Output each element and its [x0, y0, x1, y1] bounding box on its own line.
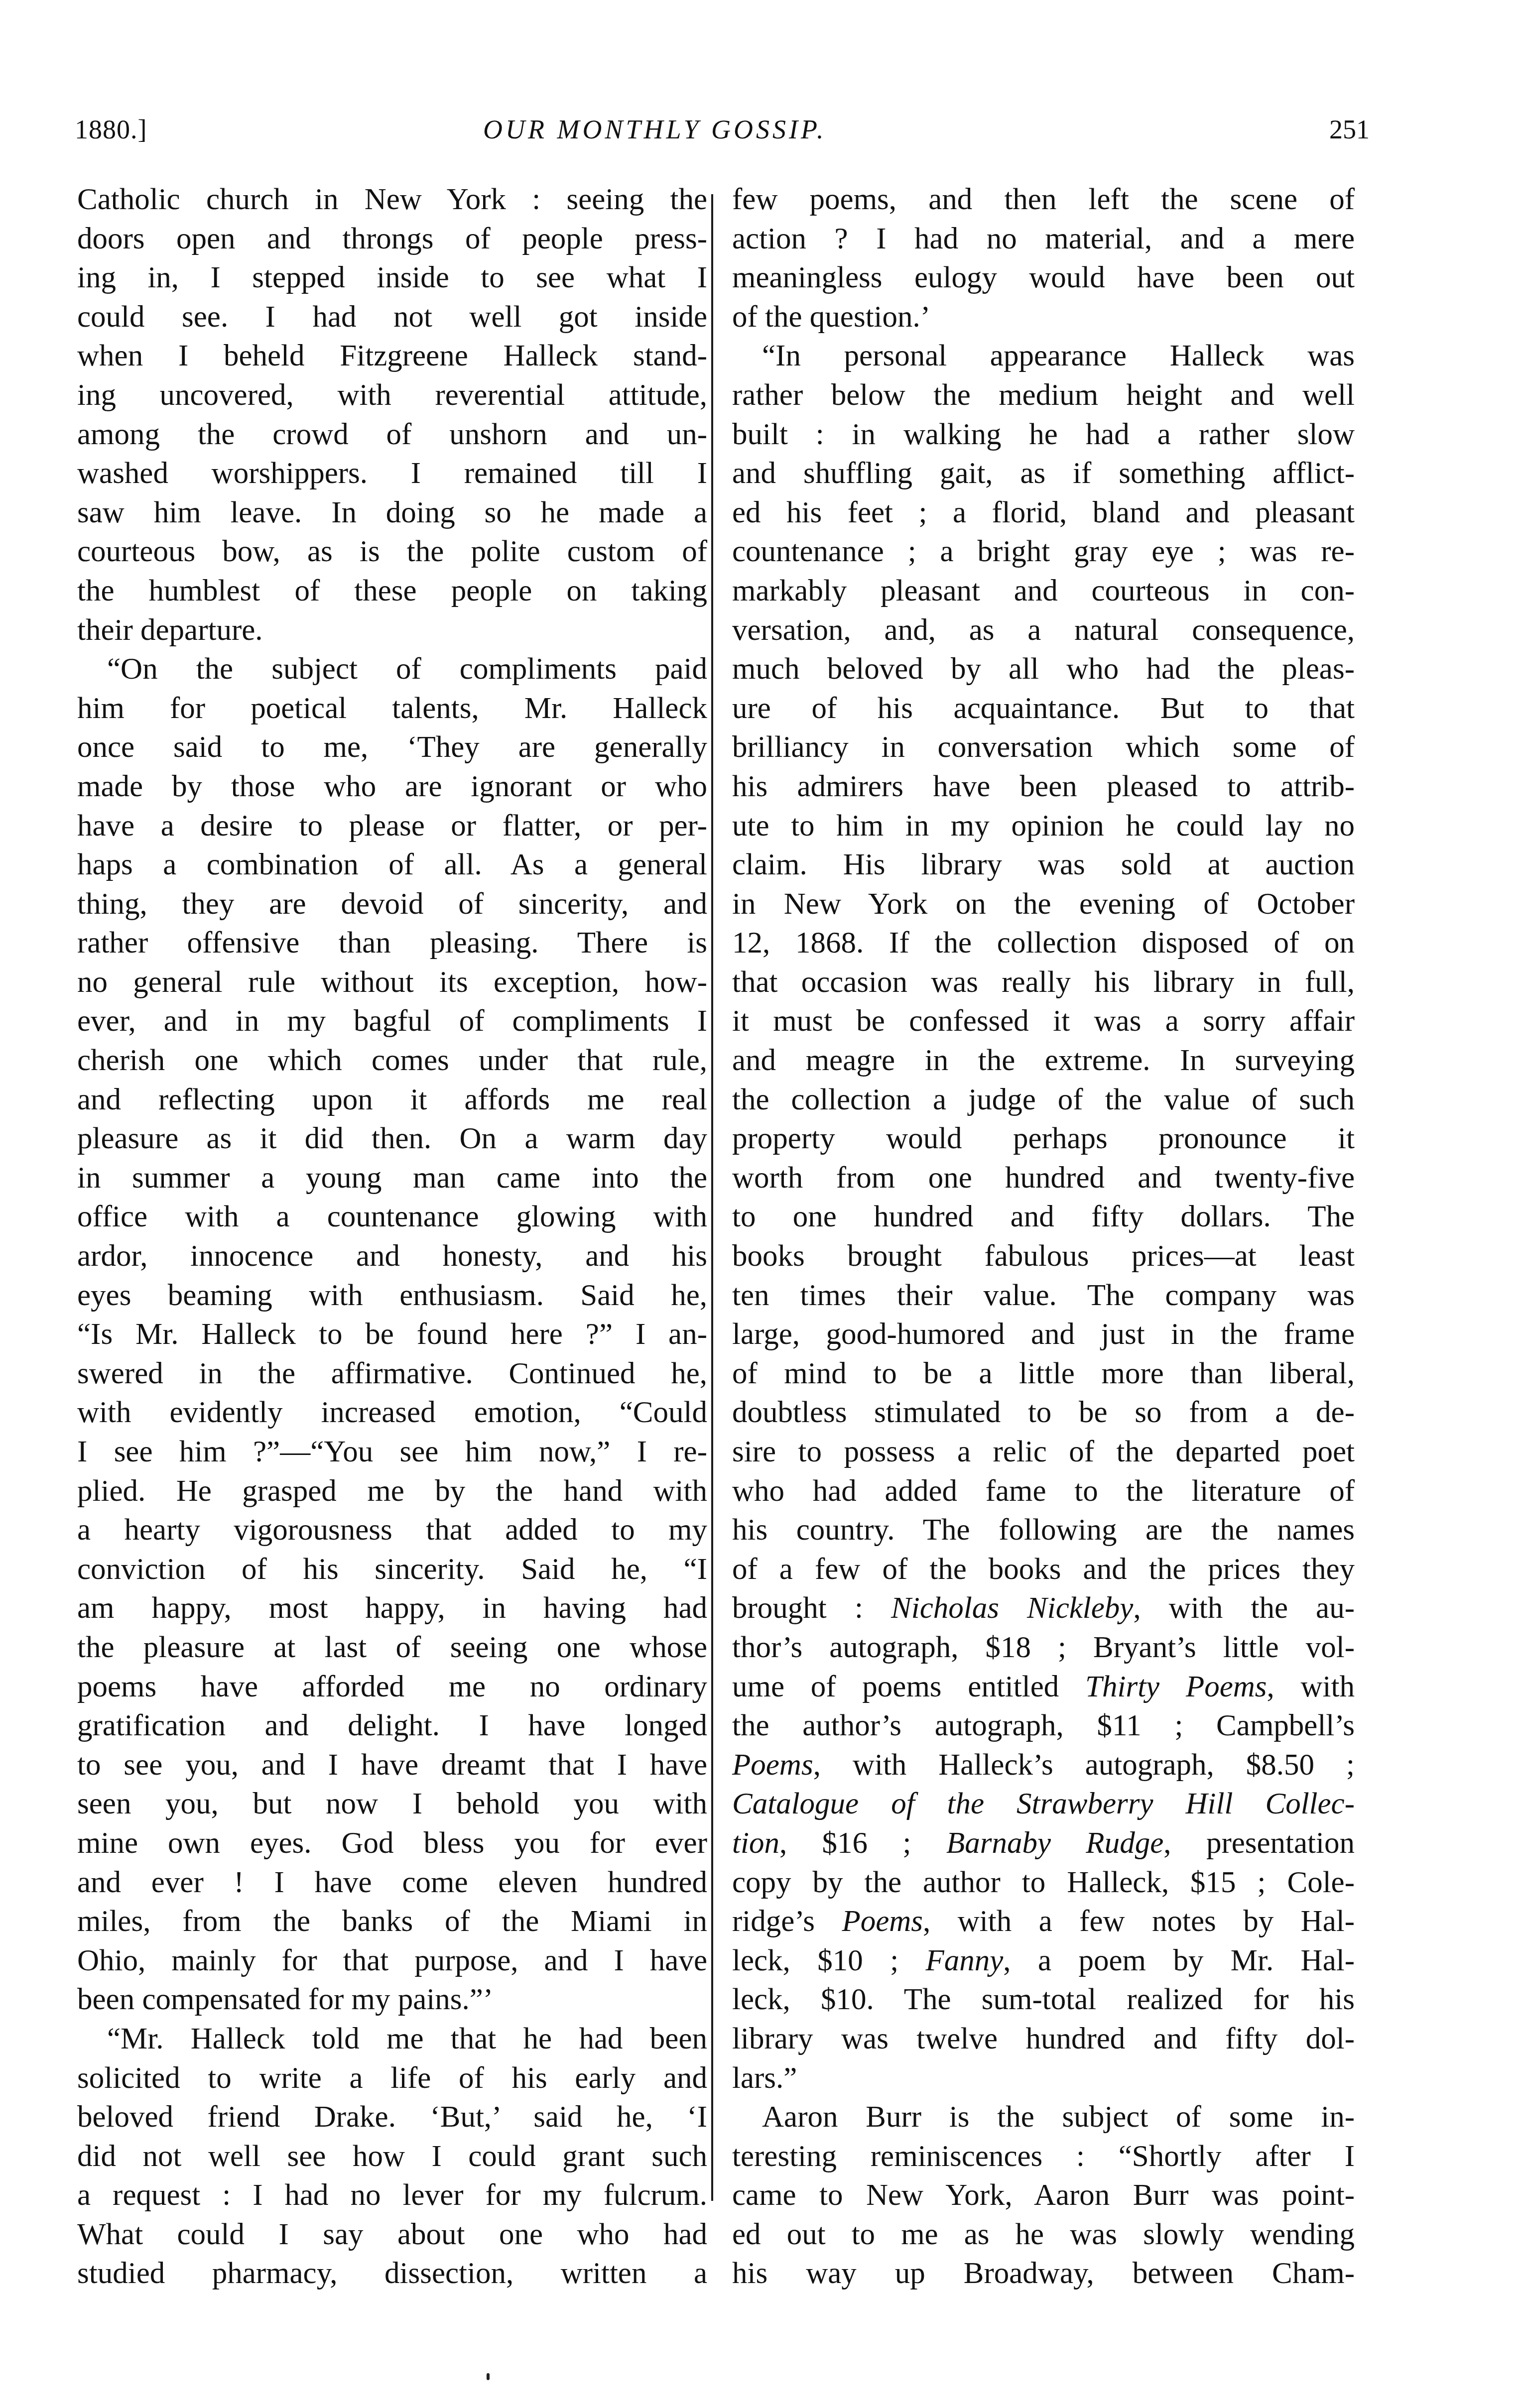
text-line: sire to possess a relic of the departed … [732, 1433, 1355, 1472]
text-line: conviction of his sincerity. Said he, “I [77, 1550, 707, 1589]
running-head: 1880.] OUR MONTHLY GOSSIP. 251 [75, 110, 1370, 149]
text-line: his country. The following are the names [732, 1511, 1355, 1550]
text-segment: the author’s autograph, $11 ; Campbell’s [732, 1709, 1355, 1742]
text-segment: worth from one hundred and twenty-five [732, 1161, 1355, 1195]
text-line: and ever ! I have come eleven hundred [77, 1863, 707, 1903]
text-line: lars.” [732, 2059, 1355, 2098]
text-line: am happy, most happy, in having had [77, 1589, 707, 1628]
text-line: of a few of the books and the prices the… [732, 1550, 1355, 1589]
italic-title: tion [732, 1826, 779, 1860]
text-line: a hearty vigorousness that added to my [77, 1511, 707, 1550]
text-segment: and meagre in the extreme. In surveying [732, 1044, 1355, 1077]
text-line: solicited to write a life of his early a… [77, 2059, 707, 2098]
text-line: books brought fabulous prices—at least [732, 1237, 1355, 1276]
running-head-title: OUR MONTHLY GOSSIP. [483, 110, 827, 149]
text-line: countenance ; a bright gray eye ; was re… [732, 532, 1355, 572]
text-segment: , with the au- [1133, 1591, 1355, 1625]
text-line: ed out to me as he was slowly wending [732, 2215, 1355, 2255]
text-line: it must be confessed it was a sorry affa… [732, 1002, 1355, 1041]
text-line: doors open and throngs of people press- [77, 220, 707, 259]
text-line: eyes beaming with enthusiasm. Said he, [77, 1276, 707, 1316]
text-segment: ute to him in my opinion he could lay no [732, 809, 1355, 843]
text-line: his admirers have been pleased to attrib… [732, 767, 1355, 807]
text-segment: brought : [732, 1591, 891, 1625]
text-segment: meaningless eulogy would have been out [732, 261, 1355, 294]
text-segment: versation, and, as a natural consequence… [732, 613, 1355, 647]
text-line: teresting reminiscences : “Shortly after… [732, 2137, 1355, 2176]
left-column: Catholic church in New York : seeing the… [77, 180, 707, 2293]
text-line: that occasion was really his library in … [732, 963, 1355, 1002]
text-line: claim. His library was sold at auction [732, 845, 1355, 885]
text-line: Catholic church in New York : seeing the [77, 180, 707, 220]
text-line: no general rule without its exception, h… [77, 963, 707, 1002]
text-segment: , $16 ; [779, 1826, 946, 1860]
text-line: meaningless eulogy would have been out [732, 258, 1355, 298]
text-segment: leck, $10 ; [732, 1944, 926, 1977]
text-line: I see him ?”—“You see him now,” I re- [77, 1433, 707, 1472]
text-line: ing in, I stepped inside to see what I [77, 258, 707, 298]
text-line: saw him leave. In doing so he made a [77, 493, 707, 533]
page-number: 251 [1329, 110, 1370, 149]
text-segment: ume of poems entitled [732, 1670, 1085, 1703]
text-segment: and shuffling gait, as if something affl… [732, 457, 1355, 490]
text-segment: came to New York, Aaron Burr was point- [732, 2178, 1355, 2212]
text-line: his way up Broadway, between Cham- [732, 2254, 1355, 2293]
text-segment: markably pleasant and courteous in con- [732, 574, 1355, 607]
print-mark-icon [487, 2373, 490, 2380]
text-line: could see. I had not well got inside [77, 298, 707, 337]
text-segment: thor’s autograph, $18 ; Bryant’s little … [732, 1631, 1355, 1664]
text-line: ridge’s Poems, with a few notes by Hal- [732, 1902, 1355, 1941]
text-segment: countenance ; a bright gray eye ; was re… [732, 535, 1355, 568]
text-line: mine own eyes. God bless you for ever [77, 1824, 707, 1863]
text-segment: 12, 1868. If the collection disposed of … [732, 926, 1355, 960]
text-line: with evidently increased emotion, “Could [77, 1393, 707, 1433]
text-line: studied pharmacy, dissection, written a [77, 2254, 707, 2293]
text-segment: much beloved by all who had the pleas- [732, 652, 1355, 686]
text-segment: claim. His library was sold at auction [732, 848, 1355, 881]
text-segment: his admirers have been pleased to attrib… [732, 770, 1355, 803]
text-line: ure of his acquaintance. But to that [732, 689, 1355, 728]
text-line: library was twelve hundred and fifty dol… [732, 2020, 1355, 2059]
text-segment: , with a few notes by Hal- [923, 1905, 1355, 1938]
text-line: “In personal appearance Halleck was [732, 337, 1355, 376]
text-segment: , presentation [1163, 1826, 1355, 1860]
text-line: among the crowd of unshorn and un- [77, 415, 707, 455]
text-segment: to one hundred and fifty dollars. The [732, 1200, 1355, 1233]
text-line: ardor, innocence and honesty, and his [77, 1237, 707, 1276]
text-line: tion, $16 ; Barnaby Rudge, presentation [732, 1824, 1355, 1863]
text-line: when I beheld Fitzgreene Halleck stand- [77, 337, 707, 376]
text-segment: teresting reminiscences : “Shortly after… [732, 2140, 1355, 2173]
text-segment: , with Halleck’s autograph, $8.50 ; [813, 1748, 1355, 1782]
text-line: a request : I had no lever for my fulcru… [77, 2176, 707, 2215]
text-line: large, good-humored and just in the fram… [732, 1315, 1355, 1354]
text-line: pleasure as it did then. On a warm day [77, 1119, 707, 1159]
text-segment: who had added fame to the literature of [732, 1474, 1355, 1508]
text-line: been compensated for my pains.”’ [77, 1980, 707, 2020]
text-line: the pleasure at last of seeing one whose [77, 1628, 707, 1668]
text-line: ute to him in my opinion he could lay no [732, 807, 1355, 846]
text-line: and shuffling gait, as if something affl… [732, 454, 1355, 493]
text-segment: few poems, and then left the scene of [732, 183, 1355, 216]
text-segment: ridge’s [732, 1905, 842, 1938]
text-segment: “In personal appearance Halleck was [762, 339, 1355, 372]
text-segment: Aaron Burr is the subject of some in- [762, 2100, 1355, 2134]
text-line: rather offensive than pleasing. There is [77, 924, 707, 963]
text-segment: rather below the medium height and well [732, 378, 1355, 412]
text-line: few poems, and then left the scene of [732, 180, 1355, 220]
text-line: to one hundred and fifty dollars. The [732, 1198, 1355, 1237]
italic-title: Barnaby Rudge [946, 1826, 1163, 1860]
text-segment: action ? I had no material, and a mere [732, 222, 1355, 255]
text-line: cherish one which comes under that rule, [77, 1041, 707, 1081]
text-segment: it must be confessed it was a sorry affa… [732, 1004, 1355, 1038]
text-line: of mind to be a little more than liberal… [732, 1354, 1355, 1394]
text-line: “Mr. Halleck told me that he had been [77, 2020, 707, 2059]
text-line: who had added fame to the literature of [732, 1472, 1355, 1511]
text-line: brought : Nicholas Nickleby, with the au… [732, 1589, 1355, 1628]
text-line: property would perhaps pronounce it [732, 1119, 1355, 1159]
text-line: rather below the medium height and well [732, 376, 1355, 415]
text-segment: of mind to be a little more than liberal… [732, 1357, 1355, 1390]
text-line: ing uncovered, with reverential attitude… [77, 376, 707, 415]
text-segment: the collection a judge of the value of s… [732, 1083, 1355, 1116]
text-line: him for poetical talents, Mr. Halleck [77, 689, 707, 728]
text-line: thing, they are devoid of sincerity, and [77, 885, 707, 924]
text-segment: lars.” [732, 2061, 797, 2095]
text-line: much beloved by all who had the pleas- [732, 650, 1355, 689]
text-line: built : in walking he had a rather slow [732, 415, 1355, 455]
text-segment: ed his feet ; a florid, bland and pleasa… [732, 496, 1355, 529]
text-segment: in New York on the evening of October [732, 887, 1355, 921]
text-line: thor’s autograph, $18 ; Bryant’s little … [732, 1628, 1355, 1668]
text-segment: sire to possess a relic of the departed … [732, 1435, 1355, 1468]
italic-title: Nicholas Nickleby [891, 1591, 1133, 1625]
text-segment: that occasion was really his library in … [732, 965, 1355, 999]
text-segment: doubtless stimulated to be so from a de- [732, 1396, 1355, 1429]
text-line: did not well see how I could grant such [77, 2137, 707, 2176]
italic-title: Thirty Poems [1085, 1670, 1267, 1703]
text-line: Ohio, mainly for that purpose, and I hav… [77, 1941, 707, 1981]
text-segment: brilliancy in conversation which some of [732, 730, 1355, 764]
text-line: and meagre in the extreme. In surveying [732, 1041, 1355, 1081]
text-line: worth from one hundred and twenty-five [732, 1159, 1355, 1198]
text-line: the humblest of these people on taking [77, 572, 707, 611]
text-segment: built : in walking he had a rather slow [732, 418, 1355, 451]
text-segment: large, good-humored and just in the fram… [732, 1318, 1355, 1351]
text-line: courteous bow, as is the polite custom o… [77, 532, 707, 572]
text-line: of the question.’ [732, 298, 1355, 337]
text-segment: of a few of the books and the prices the… [732, 1553, 1355, 1586]
text-line: the author’s autograph, $11 ; Campbell’s [732, 1706, 1355, 1746]
text-line: doubtless stimulated to be so from a de- [732, 1393, 1355, 1433]
text-line: brilliancy in conversation which some of [732, 728, 1355, 767]
text-line: ed his feet ; a florid, bland and pleasa… [732, 493, 1355, 533]
text-line: plied. He grasped me by the hand with [77, 1472, 707, 1511]
text-line: ten times their value. The company was [732, 1276, 1355, 1316]
text-segment: of the question.’ [732, 300, 930, 334]
text-line: came to New York, Aaron Burr was point- [732, 2176, 1355, 2215]
text-line: action ? I had no material, and a mere [732, 220, 1355, 259]
text-line: swered in the affirmative. Continued he, [77, 1354, 707, 1394]
text-line: seen you, but now I behold you with [77, 1785, 707, 1824]
text-line: Catalogue of the Strawberry Hill Collec- [732, 1785, 1355, 1824]
text-segment: , a poem by Mr. Hal- [1003, 1944, 1355, 1977]
text-segment: ure of his acquaintance. But to that [732, 692, 1355, 725]
text-line: Poems, with Halleck’s autograph, $8.50 ; [732, 1746, 1355, 1785]
text-line: in summer a young man came into the [77, 1159, 707, 1198]
text-line: their departure. [77, 611, 707, 650]
text-line: haps a combination of all. As a general [77, 845, 707, 885]
text-line: beloved friend Drake. ‘But,’ said he, ‘I [77, 2098, 707, 2137]
text-segment: books brought fabulous prices—at least [732, 1239, 1355, 1273]
text-line: copy by the author to Halleck, $15 ; Col… [732, 1863, 1355, 1903]
text-line: leck, $10 ; Fanny, a poem by Mr. Hal- [732, 1941, 1355, 1981]
italic-title: Poems [732, 1748, 813, 1782]
text-line: 12, 1868. If the collection disposed of … [732, 924, 1355, 963]
text-line: made by those who are ignorant or who [77, 767, 707, 807]
text-segment: library was twelve hundred and fifty dol… [732, 2022, 1355, 2055]
right-column: few poems, and then left the scene ofact… [732, 180, 1355, 2293]
text-line: gratification and delight. I have longed [77, 1706, 707, 1746]
italic-title: Fanny [926, 1944, 1004, 1977]
text-segment: his country. The following are the names [732, 1513, 1355, 1547]
text-line: have a desire to please or flatter, or p… [77, 807, 707, 846]
text-line: miles, from the banks of the Miami in [77, 1902, 707, 1941]
running-head-date: 1880.] [75, 110, 147, 149]
text-segment: copy by the author to Halleck, $15 ; Col… [732, 1866, 1355, 1899]
text-line: ume of poems entitled Thirty Poems, with [732, 1668, 1355, 1707]
text-line: What could I say about one who had [77, 2215, 707, 2255]
text-line: poems have afforded me no ordinary [77, 1668, 707, 1707]
text-line: ever, and in my bagful of compliments I [77, 1002, 707, 1041]
text-segment: his way up Broadway, between Cham- [732, 2257, 1355, 2290]
text-line: office with a countenance glowing with [77, 1198, 707, 1237]
text-line: the collection a judge of the value of s… [732, 1081, 1355, 1120]
text-line: in New York on the evening of October [732, 885, 1355, 924]
text-line: “On the subject of compliments paid [77, 650, 707, 689]
text-segment: ten times their value. The company was [732, 1279, 1355, 1312]
text-line: leck, $10. The sum-total realized for hi… [732, 1980, 1355, 2020]
text-line: washed worshippers. I remained till I [77, 454, 707, 493]
text-segment: ed out to me as he was slowly wending [732, 2218, 1355, 2251]
text-line: versation, and, as a natural consequence… [732, 611, 1355, 650]
text-line: once said to me, ‘They are generally [77, 728, 707, 767]
text-segment: leck, $10. The sum-total realized for hi… [732, 1983, 1355, 2016]
text-line: Aaron Burr is the subject of some in- [732, 2098, 1355, 2137]
text-line: “Is Mr. Halleck to be found here ?” I an… [77, 1315, 707, 1354]
text-segment: , with [1267, 1670, 1355, 1703]
text-line: markably pleasant and courteous in con- [732, 572, 1355, 611]
italic-title: Poems [842, 1905, 923, 1938]
column-divider [711, 194, 713, 2201]
italic-title: Catalogue of the Strawberry Hill Collec- [732, 1787, 1355, 1820]
text-line: and reflecting upon it affords me real [77, 1081, 707, 1120]
text-line: to see you, and I have dreamt that I hav… [77, 1746, 707, 1785]
text-segment: property would perhaps pronounce it [732, 1122, 1355, 1155]
